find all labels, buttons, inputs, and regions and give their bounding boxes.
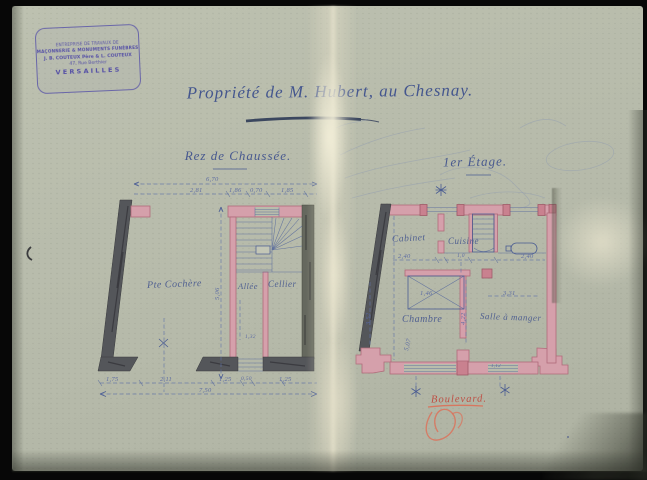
red-scribble [426,409,462,440]
street-label-boulevard: Boulevard. [431,394,487,406]
contractor-stamp: ENTREPRISE DE TRAVAUX DE MAÇONNERIE & MO… [35,24,142,94]
ground-floor-plan [98,182,317,397]
room-label-cellier: Cellier [268,279,297,289]
dim-first-cuisine: 2,40 [521,253,534,260]
dim-ground-bottom-2: 2,11 [160,376,172,383]
stair-newel [256,246,270,254]
shadow-left-edge [12,6,24,471]
dim-first-sill: 1,12 [491,364,501,369]
first-floor-label: 1er Étage. [425,153,525,171]
center-fold-highlight [310,52,348,222]
dim-ground-bottom-4: 0,50 [241,376,252,382]
shadow-bottom-edge [12,450,647,472]
dim-ground-total-bottom: 7,50 [199,387,212,394]
first-stair-wall-l [469,214,473,252]
dim-ground-top-4: 1,85 [281,187,294,194]
shadow-right-edge [628,110,647,480]
room-label-chambre: Chambre [402,314,442,325]
dim-first-cabinet: 2,40 [398,253,411,260]
dim-first-bed: 1,46 [420,290,433,297]
dim-ground-top-2: 1,86 [229,187,242,194]
dim-ground-stair: 1,32 [245,334,256,340]
first-left-quoin [356,348,391,373]
ground-left-wall [101,200,132,359]
room-label-allee: Allée [238,281,258,291]
first-top-wall-2 [457,205,510,215]
room-label-cabinet: Cabinet [392,233,426,245]
dim-ground-bottom-1: 1,75 [106,376,119,383]
ground-floor-label: Rez de Chaussée. [158,148,318,164]
dim-first-salle: 3,31 [503,290,516,297]
stamp-line-5: VERSAILLES [55,67,121,77]
dim-ground-bottom-3: 1,25 [219,376,232,383]
boulevard-underline [428,405,483,407]
scanned-plan-document: .ink{stroke:#4a5c92;fill:none;stroke-wid… [0,0,647,480]
edge-artifact [27,247,32,260]
dim-first-left-height: 3,52 [365,312,372,325]
dim-ground-height: 5,06 [214,287,221,300]
room-label-salle-a-manger: Salle à manger [480,311,542,323]
room-label-cuisine: Cuisine [448,236,479,246]
room-label-porte-cochere: Pte Cochère [147,278,202,291]
dim-ground-top-3: 0,70 [250,187,263,194]
first-floor-plan [356,184,568,407]
faint-oval-stamp [544,137,615,174]
dim-first-center-height: 4,22 [460,312,467,325]
center-fold-mid [320,205,350,345]
first-left-wall [359,204,391,351]
dim-first-middle: 1,0 [457,253,465,259]
dim-ground-top-1: 2,81 [190,187,203,194]
stair-left-wall [230,217,236,358]
dim-ground-bottom-5: 1,25 [279,376,292,383]
bed-symbol [408,276,464,309]
ground-front-pier [131,206,150,217]
first-stair-wall-r [494,214,498,252]
survey-cross [159,339,168,347]
dim-ground-total-top: 6,70 [206,176,219,183]
